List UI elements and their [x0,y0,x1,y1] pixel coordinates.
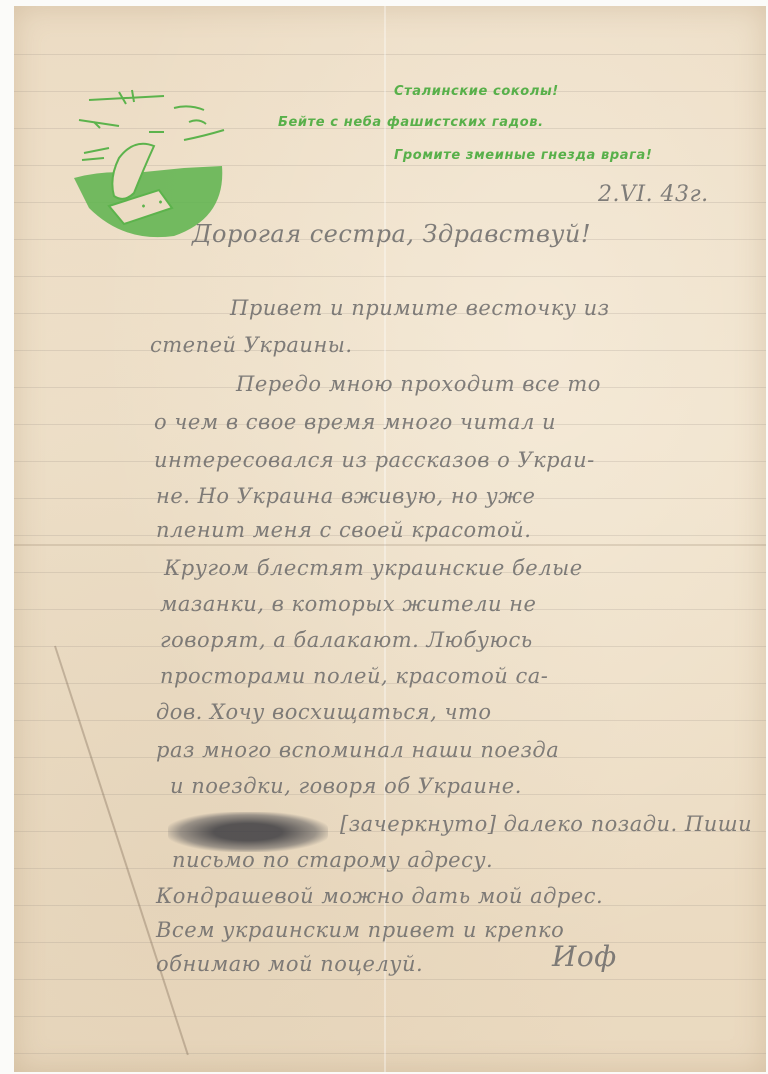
letter-line: раз много вспоминал наши поезда [156,738,559,762]
letter-line: о чем в свое время много читал и [154,410,556,434]
letter-line: говорят, а балакают. Любуюсь [160,628,533,652]
letter-line: Кондрашевой можно дать мой адрес. [156,884,603,908]
letter-line: Привет и примите весточку из [230,296,610,320]
letter-line: степей Украины. [150,333,353,357]
letter-line: [зачеркнуто] далеко позади. Пиши [340,812,752,836]
letter-line: письмо по старому адресу. [172,848,493,872]
letter-line: дов. Хочу восхищаться, что [156,700,492,724]
fold-crease-horizontal [14,544,766,546]
letter-line: мазанки, в которых жители не [160,592,536,616]
letter-line: Кругом блестят украинские белые [164,556,583,580]
scribbled-out-word [168,812,328,852]
slogan-line-3: Громите змеиные гнезда врага! [394,148,652,163]
letter-line: не. Но Украина вживую, но уже [156,484,535,508]
letter-greeting: Дорогая сестра, Здравствуй! [192,220,591,248]
letter-line: и поездки, говоря об Украине. [170,774,522,798]
letter-line: интересовался из рассказов о Украи- [154,448,595,472]
signature: Иоф [552,940,617,973]
slogan-line-2: Бейте с неба фашистских гадов. [278,115,544,130]
letter-line: Передо мною проходит все то [236,372,601,396]
pilot-emblem-icon [64,78,234,238]
letter-date: 2.VI. 43г. [598,182,709,207]
letter-line: просторами полей, красотой са- [160,664,548,688]
letter-line: пленит меня с своей красотой. [156,518,531,542]
letter-line: Всем украинским привет и крепко [156,918,564,942]
slogan-line-1: Сталинские соколы! [394,84,559,99]
letter-line: обнимаю мой поцелуй. [156,952,423,976]
